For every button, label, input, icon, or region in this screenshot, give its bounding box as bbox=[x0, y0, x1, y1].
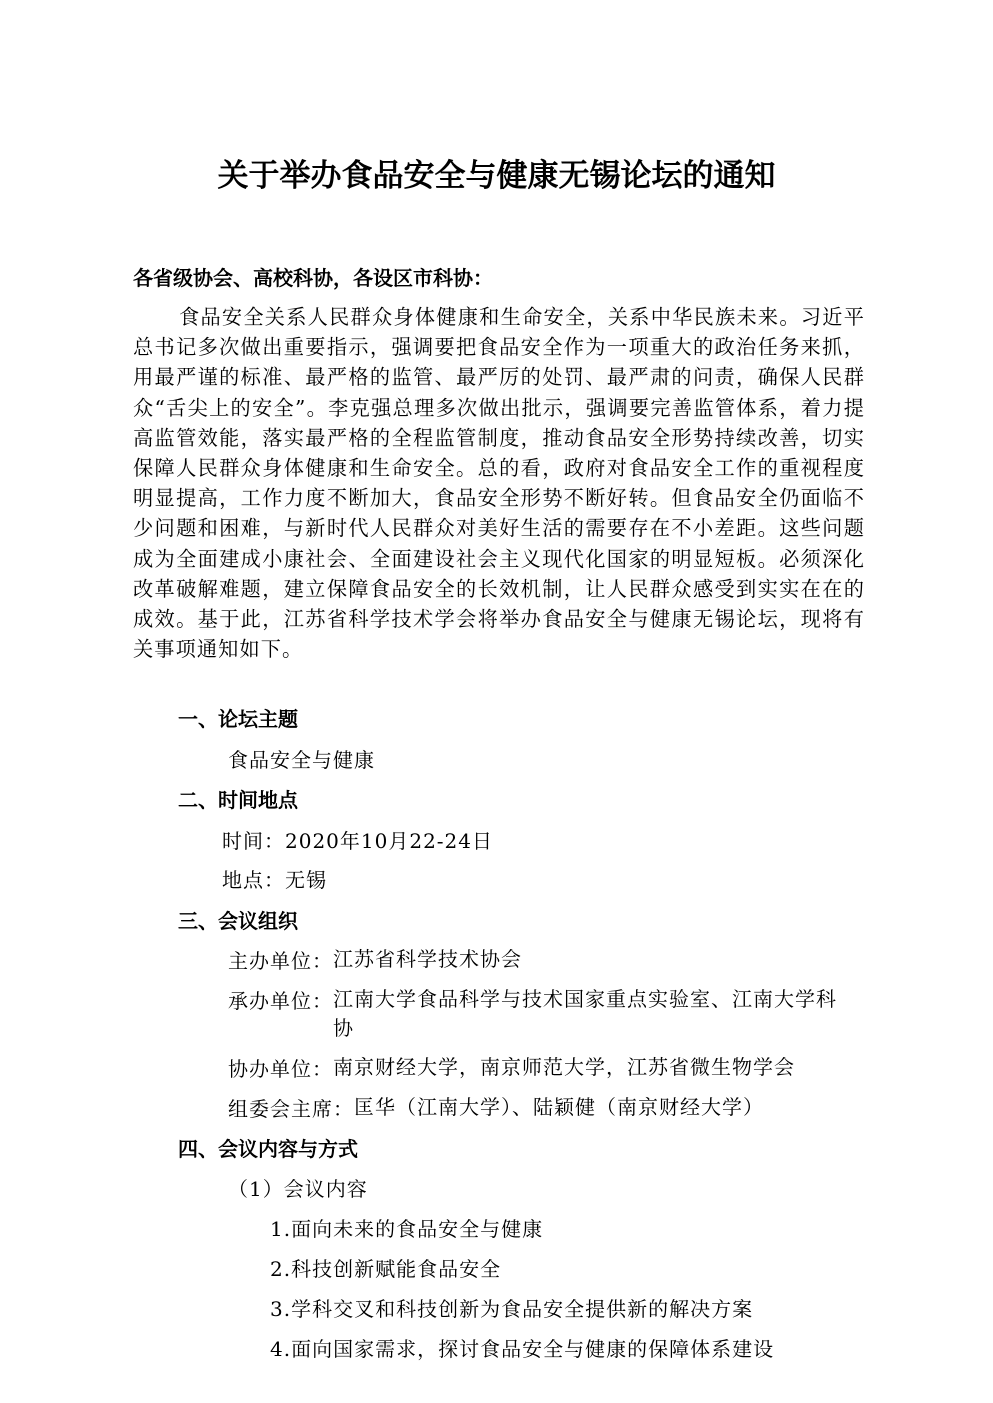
chair-row: 组委会主席： 匡华（江南大学）、陆颖健（南京财经大学） bbox=[228, 1093, 914, 1122]
co-organizer-value: 南京财经大学，南京师范大学，江苏省微生物学会 bbox=[333, 1053, 893, 1082]
host-value: 江苏省科学技术协会 bbox=[333, 945, 853, 974]
salutation: 各省级协会、高校科协，各设区市科协： bbox=[133, 262, 493, 291]
co-organizer-label: 协办单位： bbox=[228, 1053, 333, 1082]
forum-theme: 食品安全与健康 bbox=[228, 744, 375, 773]
section-heading-time-place: 二、时间地点 bbox=[178, 784, 298, 813]
section-heading-organization: 三、会议组织 bbox=[178, 905, 298, 934]
intro-paragraph: 食品安全关系人民群众身体健康和生命安全，关系中华民族未来。习近平总书记多次做出重… bbox=[133, 302, 865, 664]
host-label: 主办单位： bbox=[228, 945, 333, 974]
event-time: 时间：2020年10月22-24日 bbox=[222, 825, 493, 854]
section-heading-content: 四、会议内容与方式 bbox=[178, 1133, 358, 1162]
chair-value: 匡华（江南大学）、陆颖健（南京财经大学） bbox=[354, 1093, 914, 1122]
organizer-row: 承办单位： 江南大学食品科学与技术国家重点实验室、江南大学科协 bbox=[228, 985, 853, 1043]
content-item-3: 3.学科交叉和科技创新为食品安全提供新的解决方案 bbox=[270, 1293, 753, 1322]
organizer-value: 江南大学食品科学与技术国家重点实验室、江南大学科协 bbox=[333, 985, 853, 1043]
content-item-2: 2.科技创新赋能食品安全 bbox=[270, 1253, 501, 1282]
host-row: 主办单位： 江苏省科学技术协会 bbox=[228, 945, 853, 974]
organizer-label: 承办单位： bbox=[228, 985, 333, 1043]
event-place: 地点：无锡 bbox=[222, 864, 327, 893]
content-item-1: 1.面向未来的食品安全与健康 bbox=[270, 1213, 543, 1242]
content-subheading: （1）会议内容 bbox=[228, 1173, 368, 1202]
content-item-4: 4.面向国家需求，探讨食品安全与健康的保障体系建设 bbox=[270, 1333, 774, 1362]
chair-label: 组委会主席： bbox=[228, 1093, 354, 1122]
document-title: 关于举办食品安全与健康无锡论坛的通知 bbox=[0, 150, 993, 195]
section-heading-theme: 一、论坛主题 bbox=[178, 703, 298, 732]
co-organizer-row: 协办单位： 南京财经大学，南京师范大学，江苏省微生物学会 bbox=[228, 1053, 893, 1082]
